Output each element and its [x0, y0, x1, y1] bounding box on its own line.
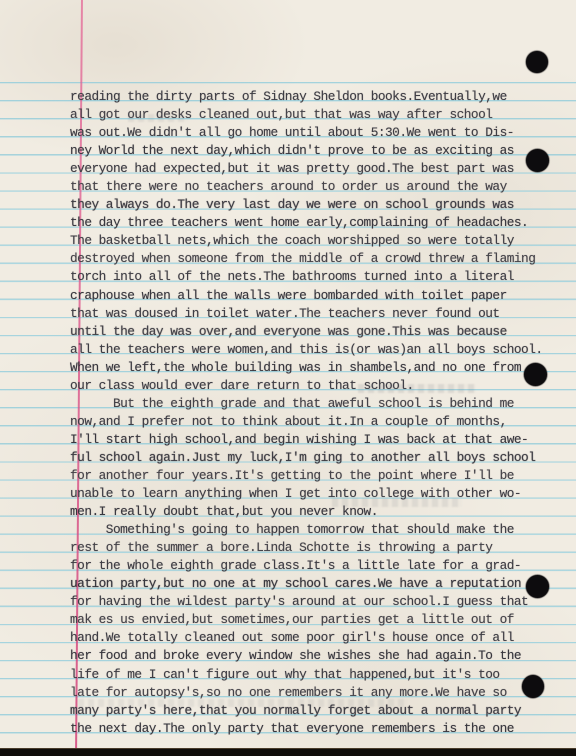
ink-dot — [526, 149, 549, 172]
typed-line: was out.We didn't all go home until abou… — [70, 124, 570, 142]
typed-line: The basketball nets,which the coach wors… — [70, 232, 570, 250]
ink-dot — [522, 675, 544, 698]
typed-line: craphouse when all the walls were bombar… — [70, 287, 570, 305]
scan-edge-band — [0, 748, 576, 756]
ink-dot — [526, 51, 548, 73]
typed-line: uation party,but no one at my school car… — [70, 575, 570, 593]
typed-line: until the day was over,and everyone was … — [70, 323, 570, 341]
notebook-page: reading the dirty parts of Sidnay Sheldo… — [0, 0, 576, 756]
typed-line: now,and I prefer not to think about it.I… — [70, 413, 570, 431]
typed-line: all the teachers were women,and this is(… — [70, 341, 570, 359]
typed-line: unable to learn anything when I get into… — [70, 485, 570, 503]
typed-line: men.I really doubt that,but you never kn… — [70, 503, 570, 521]
typed-line: the next day.The only party that everyon… — [70, 720, 570, 738]
typed-line: the day three teachers went home early,c… — [70, 214, 570, 232]
typed-line: torch into all of the nets.The bathrooms… — [70, 268, 570, 286]
typed-line: I'll start high school,and begin wishing… — [70, 431, 570, 449]
typed-line: that there were no teachers around to or… — [70, 178, 570, 196]
typed-line: our class would ever dare return to that… — [70, 377, 570, 395]
typed-line: life of me I can't figure out why that h… — [70, 666, 570, 684]
typed-line: hand.We totally cleaned out some poor gi… — [70, 629, 570, 647]
typed-line: reading the dirty parts of Sidnay Sheldo… — [70, 88, 570, 106]
typed-line: ney World the next day,which didn't prov… — [70, 142, 570, 160]
ink-dot — [526, 575, 549, 598]
typed-line: rest of the summer a bore.Linda Schotte … — [70, 539, 570, 557]
typed-line: they always do.The very last day we were… — [70, 196, 570, 214]
typed-text: reading the dirty parts of Sidnay Sheldo… — [70, 88, 570, 738]
typed-line: destroyed when someone from the middle o… — [70, 250, 570, 268]
typed-line: all got our desks cleaned out,but that w… — [70, 106, 570, 124]
typed-line: for another four years.It's getting to t… — [70, 467, 570, 485]
typed-line: her food and broke every window she wish… — [70, 647, 570, 665]
typed-line: Something's going to happen tomorrow tha… — [70, 521, 570, 539]
typed-line: late for autopsy's,so no one remembers i… — [70, 684, 570, 702]
typed-line: ful school again.Just my luck,I'm ging t… — [70, 449, 570, 467]
typed-line: everyone had expected,but it was pretty … — [70, 160, 570, 178]
typed-line: When we left,the whole building was in s… — [70, 359, 570, 377]
typed-line: But the eighth grade and that aweful sch… — [70, 395, 570, 413]
typed-line: mak es us envied,but sometimes,our parti… — [70, 611, 570, 629]
typed-line: for the whole eighth grade class.It's a … — [70, 557, 570, 575]
typed-line: that was doused in toilet water.The teac… — [70, 305, 570, 323]
ink-dot — [524, 363, 547, 386]
typed-line: for having the wildest party's around at… — [70, 593, 570, 611]
typed-line: many party's here,that you normally forg… — [70, 702, 570, 720]
